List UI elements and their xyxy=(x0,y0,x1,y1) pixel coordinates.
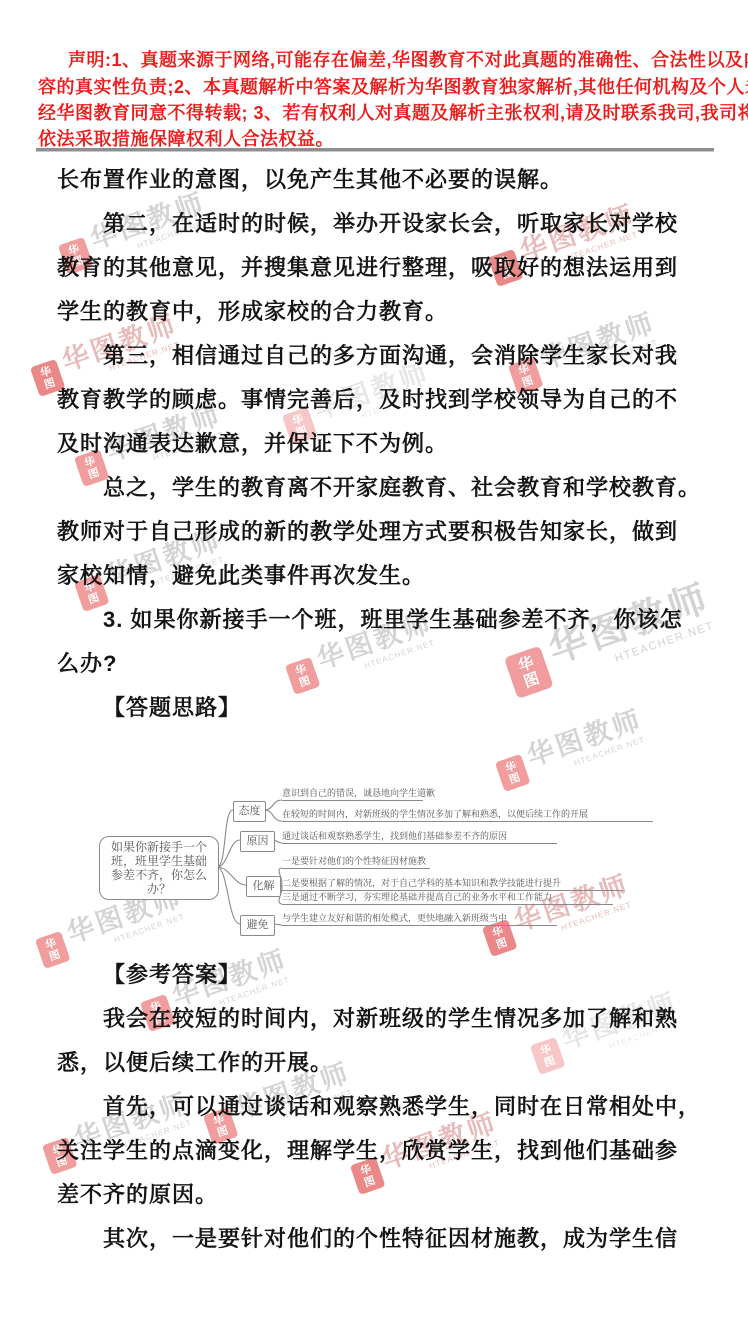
body-line: 学生的教育中，形成家校的合力教育。 xyxy=(57,295,448,326)
section-divider xyxy=(36,148,714,152)
question-3-line: 么办? xyxy=(57,647,117,678)
body-line: 家校知情，避免此类事件再次发生。 xyxy=(57,559,425,590)
body-line: 长布置作业的意图，以免产生其他不必要的误解。 xyxy=(57,163,563,194)
answer-outline-heading: 【答题思路】 xyxy=(103,691,241,722)
body-line: 首先，可以通过谈话和观察熟悉学生，同时在日常相处中， xyxy=(103,1090,701,1121)
body-line: 我会在较短的时间内，对新班级的学生情况多加了解和熟 xyxy=(103,1002,678,1033)
body-line: 总之，学生的教育离不开家庭教育、社会教育和学校教育。 xyxy=(103,471,701,502)
mindmap-branch-cause: 原因 xyxy=(240,831,275,852)
mindmap-leaf: 在较短的时间内，对新班级的学生情况多加了解和熟悉，以便后续工作的开展 xyxy=(282,808,653,822)
mindmap-branch-resolve: 化解 xyxy=(246,876,281,897)
body-line: 教育的其他意见，并搜集意见进行整理，吸取好的想法运用到 xyxy=(57,251,678,282)
mindmap-branch-avoid: 避免 xyxy=(240,915,275,936)
body-line: 其次，一是要针对他们的个性特征因材施教，成为学生信 xyxy=(103,1222,678,1253)
body-line: 及时沟通表达歉意，并保证下不为例。 xyxy=(57,427,448,458)
question-3-line: 3. 如果你新接手一个班，班里学生基础参差不齐，你该怎 xyxy=(103,603,682,634)
mindmap-leaf: 二是要根据了解的情况，对于自己学科的基本知识和教学技能进行提升 xyxy=(282,877,623,891)
mindmap-branch-attitude: 态度 xyxy=(233,801,266,822)
disclaimer-label: 声明: xyxy=(68,50,112,70)
disclaimer-line-3: 经华图教育同意不得转载; 3、若有权利人对真题及解析主张权利,请及时联系我司,我… xyxy=(38,99,748,125)
body-line: 第三，相信通过自己的多方面沟通，会消除学生家长对我 xyxy=(103,339,678,370)
body-line: 第二，在适时的时候，举办开设家长会，听取家长对学校 xyxy=(103,207,678,238)
body-line: 差不齐的原因。 xyxy=(57,1178,218,1209)
reference-answer-heading: 【参考答案】 xyxy=(103,958,241,989)
mindmap-leaf: 三是通过不断学习，夯实理论基础并提高自己的业务水平和工作能力 xyxy=(282,891,613,905)
body-line: 关注学生的点滴变化，理解学生，欣赏学生，找到他们基础参 xyxy=(57,1134,678,1165)
disclaimer-line-1: 声明:1、真题来源于网络,可能存在偏差,华图教育不对此真题的准确性、合法性以及内 xyxy=(68,46,748,72)
document-page: 华 图 华图教师 HTEACHER.NET 华 图 华图教师 HTEACHER.… xyxy=(0,0,748,1335)
mindmap-leaf: 一是要针对他们的个性特征因材施教 xyxy=(282,855,430,869)
body-line: 悉，以便后续工作的开展。 xyxy=(57,1046,333,1077)
mindmap-root-node: 如果你新接手一个 班，班里学生基础 参差不齐，你怎么 办？ xyxy=(99,836,219,900)
body-line: 教师对于自己形成的新的教学处理方式要积极告知家长，做到 xyxy=(57,515,678,546)
body-line: 教育教学的顾虑。事情完善后，及时找到学校领导为自己的不 xyxy=(57,383,678,414)
mindmap-leaf: 与学生建立友好和谐的相处模式，更快地融入新班级当中 xyxy=(282,912,557,926)
mindmap-leaf: 通过谈话和观察熟悉学生，找到他们基础参差不齐的原因 xyxy=(282,830,557,844)
mindmap-leaf: 意识到自己的错误，诚恳地向学生道歉 xyxy=(282,787,423,801)
disclaimer-line-2: 容的真实性负责;2、本真题解析中答案及解析为华图教育独家解析,其他任何机构及个人… xyxy=(38,73,748,99)
